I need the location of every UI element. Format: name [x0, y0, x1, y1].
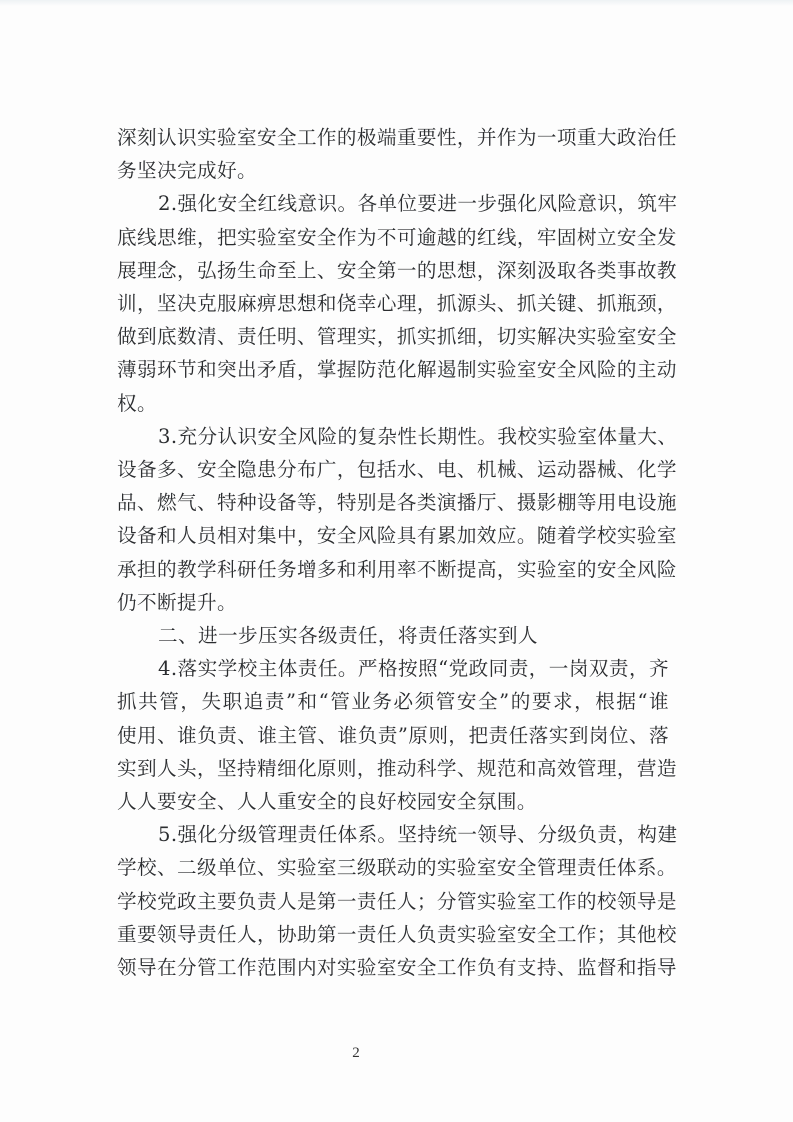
text-line: 仍不断提升。 [117, 591, 669, 615]
text-line: 领导在分管工作范围内对实验室安全工作负有支持、监督和指导 [117, 956, 669, 980]
text-line: 薄弱环节和突出矛盾，掌握防范化解遏制实验室安全风险的主动 [117, 358, 669, 382]
text-line: 深刻认识实验室安全工作的极端重要性，并作为一项重大政治任 [117, 126, 669, 150]
text-line: 权。 [117, 392, 669, 416]
text-line: 学校党政主要负责人是第一责任人；分管实验室工作的校领导是 [117, 890, 669, 914]
text-line: 训，坚决克服麻痹思想和侥幸心理，抓源头、抓关键、抓瓶颈， [117, 292, 669, 316]
section-heading: 二、进一步压实各级责任，将责任落实到人 [158, 624, 669, 648]
text-line: 品、燃气、特种设备等，特别是各类演播厅、摄影棚等用电设施 [117, 491, 669, 515]
text-line: 实到人头，坚持精细化原则，推动科学、规范和高效管理，营造 [117, 757, 669, 781]
scan-top-edge [0, 0, 793, 6]
document-page: 深刻认识实验室安全工作的极端重要性，并作为一项重大政治任务坚决完成好。2.强化安… [0, 0, 793, 1122]
text-line: 承担的教学科研任务增多和利用率不断提高，实验室的安全风险 [117, 558, 669, 582]
text-line: 务坚决完成好。 [117, 159, 669, 183]
page-number: 2 [350, 1045, 362, 1062]
text-line: 使用、谁负责、谁主管、谁负责”原则，把责任落实到岗位、落 [117, 724, 669, 748]
text-line: 重要领导责任人，协助第一责任人负责实验室安全工作；其他校 [117, 923, 669, 947]
paragraph-first-line: 3.充分认识安全风险的复杂性长期性。我校实验室体量大、 [158, 425, 669, 449]
text-line: 展理念，弘扬生命至上、安全第一的思想，深刻汲取各类事故教 [117, 259, 669, 283]
text-line: 学校、二级单位、实验室三级联动的实验室安全管理责任体系。 [117, 856, 669, 880]
text-line: 抓共管，失职追责”和“管业务必须管安全”的要求，根据“谁 [117, 690, 669, 714]
text-line: 人人要安全、人人重安全的良好校园安全氛围。 [117, 790, 669, 814]
text-line: 设备多、安全隐患分布广，包括水、电、机械、运动器械、化学 [117, 458, 669, 482]
text-line: 底线思维，把实验室安全作为不可逾越的红线，牢固树立安全发 [117, 226, 669, 250]
text-line: 做到底数清、责任明、管理实，抓实抓细，切实解决实验室安全 [117, 325, 669, 349]
paragraph-first-line: 4.落实学校主体责任。严格按照“党政同责，一岗双责，齐 [158, 657, 669, 681]
text-line: 设备和人员相对集中，安全风险具有累加效应。随着学校实验室 [117, 524, 669, 548]
paragraph-first-line: 2.强化安全红线意识。各单位要进一步强化风险意识，筑牢 [158, 192, 669, 216]
paragraph-first-line: 5.强化分级管理责任体系。坚持统一领导、分级负责，构建 [158, 823, 669, 847]
